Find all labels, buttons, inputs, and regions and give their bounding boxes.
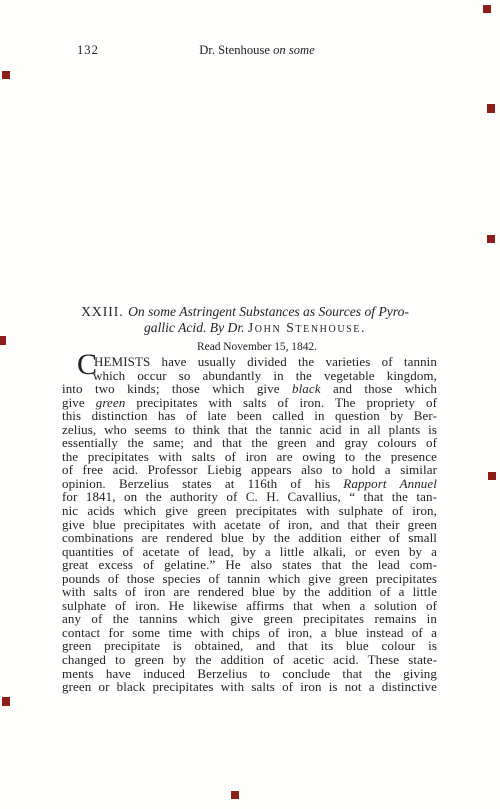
article-body: C HEMISTS have usually divided the varie… xyxy=(62,355,437,694)
text-segment: green or black precipitates with salts o… xyxy=(62,679,437,694)
article-title-block: XXIII. On some Astringent Substances as … xyxy=(62,303,438,354)
text-line: green precipitate is obtained, and that … xyxy=(62,639,437,653)
text-line: of free acid. Professor Liebig appears a… xyxy=(62,463,437,477)
text-line: quantities of acetate of lead, by a litt… xyxy=(62,545,437,559)
text-line: nic acids which give green precipitates … xyxy=(62,504,437,518)
text-line: which occur so abundantly in the vegetab… xyxy=(62,369,437,383)
read-date-line: Read November 15, 1842. xyxy=(69,340,445,354)
text-line: changed to green by the addition of acet… xyxy=(62,653,437,667)
page-header: 132 Dr. Stenhouse on some xyxy=(62,44,438,60)
text-line: the precipitates with salts of iron are … xyxy=(62,450,437,464)
text-line: give blue precipitates with acetate of i… xyxy=(62,518,437,532)
text-line: with salts of iron are rendered blue by … xyxy=(62,585,437,599)
red-edge-mark xyxy=(488,472,496,480)
text-segment: On some Astringent Substances as Sources… xyxy=(128,304,409,319)
text-line: green or black precipitates with salts o… xyxy=(62,680,437,694)
text-line: any of the tannins which give green prec… xyxy=(62,612,437,626)
text-segment: John Stenhouse. xyxy=(248,320,366,335)
text-segment: Dr. Stenhouse xyxy=(199,43,273,57)
red-edge-mark xyxy=(231,791,239,799)
text-segment: gallic Acid. By Dr. xyxy=(144,320,248,335)
title-line-2: gallic Acid. By Dr. John Stenhouse. xyxy=(67,320,443,336)
body-lines: HEMISTS have usually divided the varieti… xyxy=(62,355,437,694)
text-line: HEMISTS have usually divided the varieti… xyxy=(62,355,437,369)
text-line: give green precipitates with salts of ir… xyxy=(62,396,437,410)
red-edge-mark xyxy=(2,71,10,79)
text-line: sulphate of iron. He likewise affirms th… xyxy=(62,599,437,613)
text-line: contact for some time with chips of iron… xyxy=(62,626,437,640)
text-line: ments have induced Berzelius to conclude… xyxy=(62,667,437,681)
text-line: great excess of gelatine.” He also state… xyxy=(62,558,437,572)
text-line: essentially the same; and that the green… xyxy=(62,436,437,450)
red-edge-mark xyxy=(0,336,6,345)
title-line-1: XXIII. On some Astringent Substances as … xyxy=(57,303,433,320)
red-edge-mark xyxy=(2,697,10,706)
text-line: pounds of those species of tannin which … xyxy=(62,572,437,586)
text-segment: XXIII. xyxy=(81,304,128,319)
text-line: into two kinds; those which give black a… xyxy=(62,382,437,396)
red-edge-mark xyxy=(483,5,491,13)
text-line: opinion. Berzelius states at 116th of hi… xyxy=(62,477,437,491)
document-page: 132 Dr. Stenhouse on some XXIII. On some… xyxy=(0,0,500,809)
text-line: combinations are rendered blue by the ad… xyxy=(62,531,437,545)
red-edge-mark xyxy=(487,104,495,113)
drop-cap: C xyxy=(77,350,97,380)
text-segment: on some xyxy=(273,43,315,57)
running-title: Dr. Stenhouse on some xyxy=(62,44,438,57)
text-line: zelius, who seems to think that the tann… xyxy=(62,423,437,437)
red-edge-mark xyxy=(487,235,495,243)
text-line: for 1841, on the authority of C. H. Cava… xyxy=(62,490,437,504)
text-line: this distinction has of late been called… xyxy=(62,409,437,423)
